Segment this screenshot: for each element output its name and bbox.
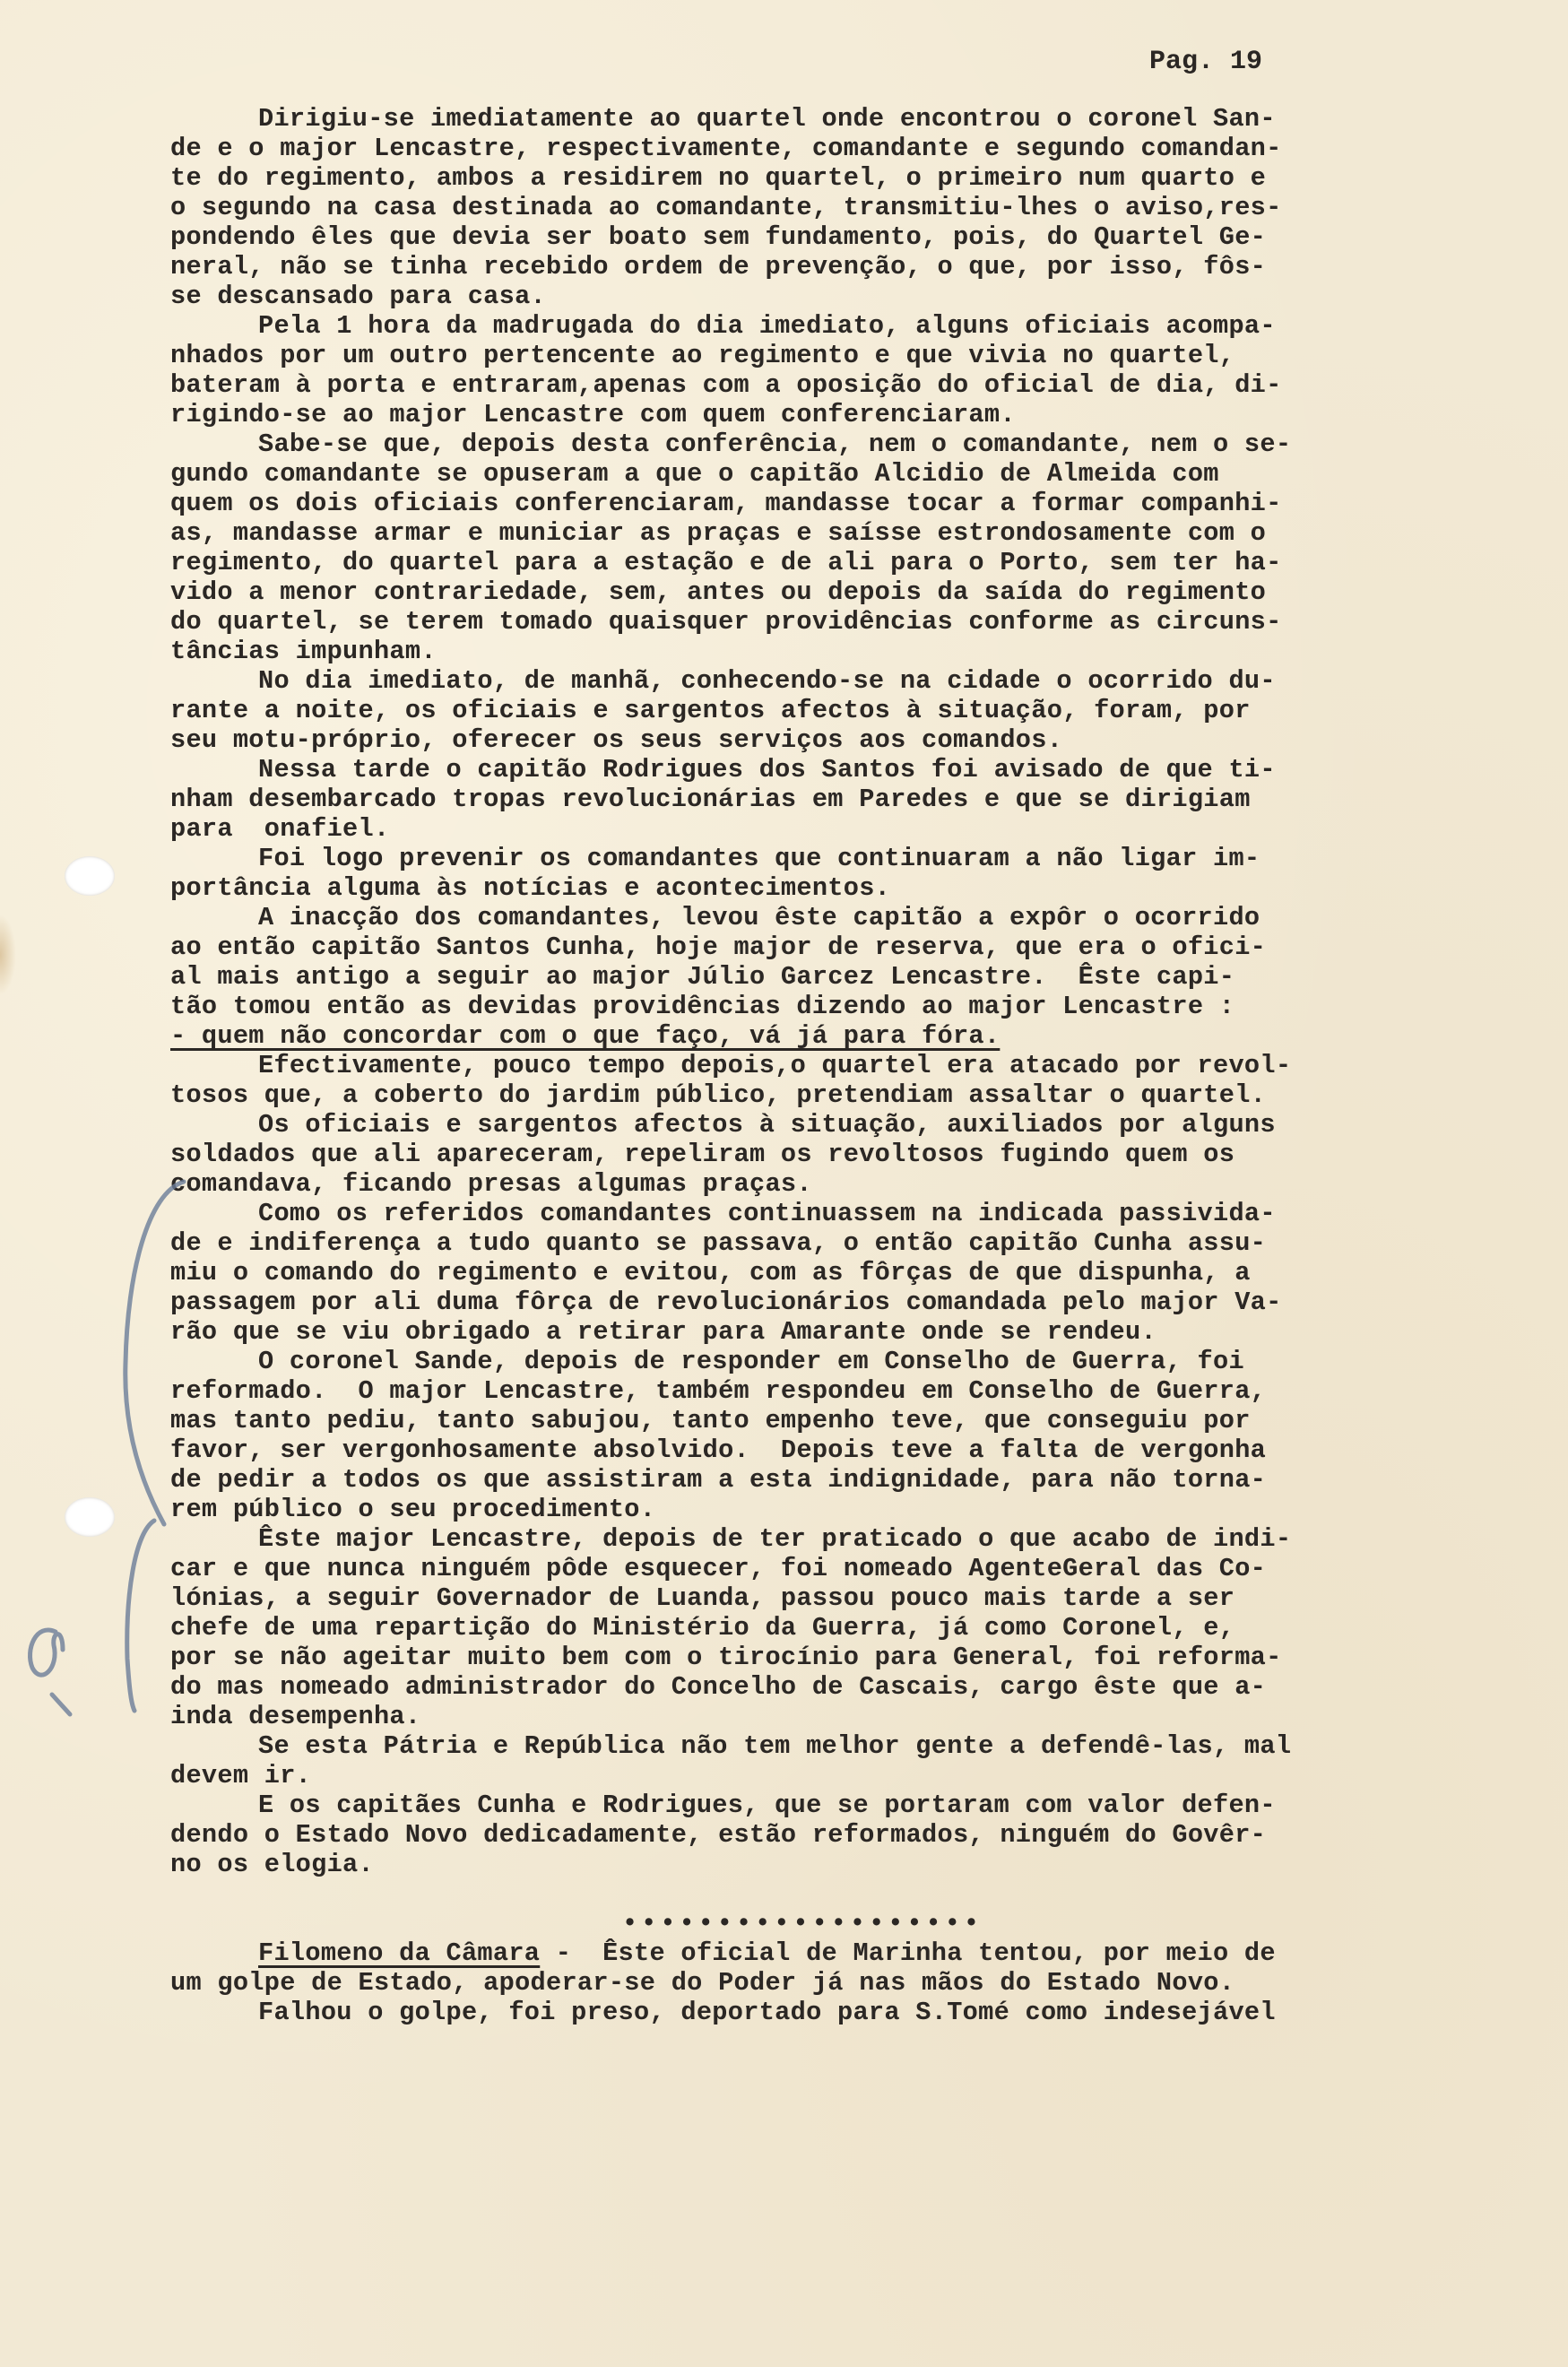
text-line: rem público o seu procedimento. bbox=[170, 1495, 1443, 1524]
text-line: de e o major Lencastre, respectivamente,… bbox=[170, 134, 1443, 163]
paragraph: Foi logo prevenir os comandantes que con… bbox=[170, 844, 1443, 903]
section-heading-underlined: Filomeno da Câmara bbox=[258, 1938, 540, 1968]
text-line: Como os referidos comandantes continuass… bbox=[170, 1199, 1443, 1228]
punch-hole-bottom bbox=[65, 1497, 115, 1537]
text-line: al mais antigo a seguir ao major Júlio G… bbox=[170, 962, 1443, 992]
text-line: Efectivamente, pouco tempo depois,o quar… bbox=[170, 1051, 1443, 1080]
paragraph: Se esta Pátria e República não tem melho… bbox=[170, 1731, 1443, 1790]
paragraph-container: Dirigiu-se imediatamente ao quartel onde… bbox=[170, 104, 1443, 1879]
text-line: por se não ageitar muito bem com o tiroc… bbox=[170, 1643, 1443, 1672]
paragraph: No dia imediato, de manhã, conhecendo-se… bbox=[170, 666, 1443, 755]
paragraph: O coronel Sande, depois de responder em … bbox=[170, 1347, 1443, 1524]
text-line: favor, ser vergonhosamente absolvido. De… bbox=[170, 1435, 1443, 1465]
text-line: lónias, a seguir Governador de Luanda, p… bbox=[170, 1583, 1443, 1613]
text-line: neral, não se tinha recebido ordem de pr… bbox=[170, 252, 1443, 282]
text-line: E os capitães Cunha e Rodrigues, que se … bbox=[170, 1790, 1443, 1820]
text-line: Dirigiu-se imediatamente ao quartel onde… bbox=[170, 104, 1443, 134]
text-line: rante a noite, os oficiais e sargentos a… bbox=[170, 696, 1443, 725]
text-line: pondendo êles que devia ser boato sem fu… bbox=[170, 222, 1443, 252]
text-line: inda desempenha. bbox=[170, 1702, 1443, 1731]
text-line: soldados que ali apareceram, repeliram o… bbox=[170, 1140, 1443, 1169]
text-line: ao então capitão Santos Cunha, hoje majo… bbox=[170, 932, 1443, 962]
text-line: tosos que, a coberto do jardim público, … bbox=[170, 1080, 1443, 1110]
text-line: do quartel, se terem tomado quaisquer pr… bbox=[170, 607, 1443, 637]
section-separator: ••••••••••••••••••• bbox=[170, 1909, 1443, 1938]
paragraph: Nessa tarde o capitão Rodrigues dos Sant… bbox=[170, 755, 1443, 844]
text-line: quem os dois oficiais conferenciaram, ma… bbox=[170, 489, 1443, 518]
text-line: de pedir a todos os que assistiram a est… bbox=[170, 1465, 1443, 1495]
final-paragraph-line: Falhou o golpe, foi preso, deportado par… bbox=[170, 1998, 1443, 2027]
text-line: devem ir. bbox=[170, 1761, 1443, 1790]
final-section-line: um golpe de Estado, apoderar-se do Poder… bbox=[170, 1968, 1443, 1998]
text-line: te do regimento, ambos a residirem no qu… bbox=[170, 163, 1443, 193]
text-line: rão que se viu obrigado a retirar para A… bbox=[170, 1317, 1443, 1347]
text-line: Pela 1 hora da madrugada do dia imediato… bbox=[170, 311, 1443, 341]
paragraph: A inacção dos comandantes, levou êste ca… bbox=[170, 903, 1443, 1051]
text-line: dendo o Estado Novo dedicadamente, estão… bbox=[170, 1820, 1443, 1850]
text-line: mas tanto pediu, tanto sabujou, tanto em… bbox=[170, 1406, 1443, 1435]
text-line: o segundo na casa destinada ao comandant… bbox=[170, 193, 1443, 222]
text-line: vido a menor contrariedade, sem, antes o… bbox=[170, 577, 1443, 607]
text-line: tão tomou então as devidas providências … bbox=[170, 992, 1443, 1021]
paragraph: E os capitães Cunha e Rodrigues, que se … bbox=[170, 1790, 1443, 1879]
punch-hole-top bbox=[65, 856, 115, 896]
text-line: chefe de uma repartição do Ministério da… bbox=[170, 1613, 1443, 1643]
text-line: de e indiferença a tudo quanto se passav… bbox=[170, 1228, 1443, 1258]
text-line: se descansado para casa. bbox=[170, 282, 1443, 311]
text-line: portância alguma às notícias e acontecim… bbox=[170, 873, 1443, 903]
text-line: O coronel Sande, depois de responder em … bbox=[170, 1347, 1443, 1376]
typed-document-body: Dirigiu-se imediatamente ao quartel onde… bbox=[170, 45, 1443, 2027]
paragraph: Êste major Lencastre, depois de ter prat… bbox=[170, 1524, 1443, 1731]
text-line: nham desembarcado tropas revolucionárias… bbox=[170, 785, 1443, 814]
paragraph: Dirigiu-se imediatamente ao quartel onde… bbox=[170, 104, 1443, 311]
text-line: gundo comandante se opuseram a que o cap… bbox=[170, 459, 1443, 489]
paragraph: Os oficiais e sargentos afectos à situaç… bbox=[170, 1110, 1443, 1199]
text-line: Os oficiais e sargentos afectos à situaç… bbox=[170, 1110, 1443, 1140]
text-line: A inacção dos comandantes, levou êste ca… bbox=[170, 903, 1443, 932]
text-line: as, mandasse armar e municiar as praças … bbox=[170, 518, 1443, 548]
text-line: nhados por um outro pertencente ao regim… bbox=[170, 341, 1443, 370]
text-line: no os elogia. bbox=[170, 1850, 1443, 1879]
paragraph: Efectivamente, pouco tempo depois,o quar… bbox=[170, 1051, 1443, 1110]
paragraph: Pela 1 hora da madrugada do dia imediato… bbox=[170, 311, 1443, 429]
text-line: tâncias impunham. bbox=[170, 637, 1443, 666]
text-line: Se esta Pátria e República não tem melho… bbox=[170, 1731, 1443, 1761]
paragraph: Como os referidos comandantes continuass… bbox=[170, 1199, 1443, 1347]
paragraph: Sabe-se que, depois desta conferência, n… bbox=[170, 429, 1443, 666]
text-line: passagem por ali duma fôrça de revolucio… bbox=[170, 1288, 1443, 1317]
text-line: No dia imediato, de manhã, conhecendo-se… bbox=[170, 666, 1443, 696]
section-heading-rest: - Êste oficial de Marinha tentou, por me… bbox=[540, 1938, 1276, 1968]
text-line: Sabe-se que, depois desta conferência, n… bbox=[170, 429, 1443, 459]
text-line: Foi logo prevenir os comandantes que con… bbox=[170, 844, 1443, 873]
text-line: bateram à porta e entraram,apenas com a … bbox=[170, 370, 1443, 400]
text-line: comandava, ficando presas algumas praças… bbox=[170, 1169, 1443, 1199]
text-line: rigindo-se ao major Lencastre com quem c… bbox=[170, 400, 1443, 429]
underlined-quote-line: - quem não concordar com o que faço, vá … bbox=[170, 1021, 1443, 1051]
text-line: car e que nunca ninguém pôde esquecer, f… bbox=[170, 1554, 1443, 1583]
text-line: regimento, do quartel para a estação e d… bbox=[170, 548, 1443, 577]
paper-stain bbox=[0, 915, 16, 995]
text-line: do mas nomeado administrador do Concelho… bbox=[170, 1672, 1443, 1702]
text-line: Êste major Lencastre, depois de ter prat… bbox=[170, 1524, 1443, 1554]
final-section-first-line: Filomeno da Câmara - Êste oficial de Mar… bbox=[170, 1938, 1443, 1968]
text-line: Nessa tarde o capitão Rodrigues dos Sant… bbox=[170, 755, 1443, 785]
text-line: miu o comando do regimento e evitou, com… bbox=[170, 1258, 1443, 1288]
underlined-quote: - quem não concordar com o que faço, vá … bbox=[170, 1021, 1000, 1051]
text-line: para onafiel. bbox=[170, 814, 1443, 844]
text-line: reformado. O major Lencastre, também res… bbox=[170, 1376, 1443, 1406]
text-line: seu motu-próprio, oferecer os seus servi… bbox=[170, 725, 1443, 755]
